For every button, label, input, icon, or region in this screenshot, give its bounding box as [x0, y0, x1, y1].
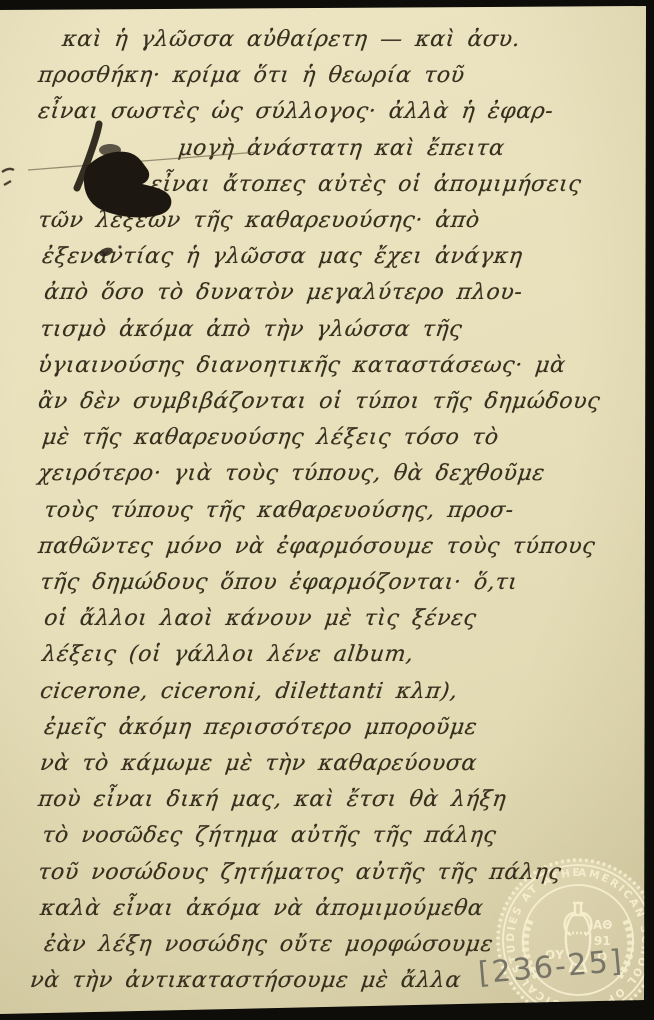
- handwritten-line: οἱ ἄλλοι λαοὶ κάνουν μὲ τὶς ξένες: [42, 601, 654, 637]
- handwritten-line: τῆς δημώδους ὅπου ἐφαρμόζονται· ὅ,τι: [38, 565, 654, 601]
- handwritten-line: λέξεις (οἱ γάλλοι λένε album,: [40, 637, 654, 673]
- handwritten-line: μὲ τῆς καθαρευούσης λέξεις τόσο τὸ: [40, 420, 654, 456]
- paper-sheet: AMERICAN SCHOOL OF CLASSICAL STUDIES AT …: [0, 0, 654, 1020]
- ink-blot-main: [84, 152, 171, 218]
- margin-pen-marks: [2, 169, 14, 185]
- handwritten-line: προσθήκη· κρίμα ὅτι ἡ θεωρία τοῦ: [36, 58, 654, 94]
- handwritten-line: ποὺ εἶναι δική μας, καὶ ἔτσι θὰ λήξη: [36, 782, 654, 818]
- handwritten-line: ἀπὸ ὅσο τὸ δυνατὸν μεγαλύτερο πλου-: [42, 275, 654, 311]
- handwritten-line: τὸ νοσῶδες ζήτημα αὐτῆς τῆς πάλης: [40, 818, 654, 854]
- scanned-manuscript-page: AMERICAN SCHOOL OF CLASSICAL STUDIES AT …: [0, 0, 654, 1020]
- handwritten-line: ὑγιαινούσης διανοητικῆς καταστάσεως· μὰ: [36, 348, 654, 384]
- handwritten-line: ἂν δὲν συμβιβάζονται οἱ τύποι τῆς δημώδο…: [36, 384, 654, 420]
- ink-blot: [0, 110, 300, 280]
- handwritten-line: χειρότερο· γιὰ τοὺς τύπους, θὰ δεχθοῦμε: [36, 456, 654, 492]
- handwritten-line: παθῶντες μόνο νὰ ἐφαρμόσουμε τοὺς τύπους: [36, 529, 654, 565]
- handwritten-line: καὶ ἡ γλῶσσα αὐθαίρετη — καὶ ἀσυ.: [60, 22, 654, 58]
- handwritten-line: τισμὸ ἀκόμα ἀπὸ τὴν γλώσσα τῆς: [38, 312, 654, 348]
- handwritten-line: καλὰ εἶναι ἀκόμα νὰ ἀπομιμούμεθα: [38, 891, 654, 927]
- handwritten-line: νὰ τὸ κάμωμε μὲ τὴν καθαρεύουσα: [38, 746, 654, 782]
- handwritten-line: τοὺς τύπους τῆς καθαρευούσης, προσ-: [42, 493, 654, 529]
- handwritten-line: τοῦ νοσώδους ζητήματος αὐτῆς τῆς πάλης: [36, 855, 654, 891]
- ink-specks: [96, 245, 122, 261]
- handwritten-line: ἐμεῖς ἀκόμη περισσότερο μποροῦμε: [42, 710, 654, 746]
- handwritten-line: cicerone, ciceroni, dilettanti κλπ),: [38, 674, 654, 710]
